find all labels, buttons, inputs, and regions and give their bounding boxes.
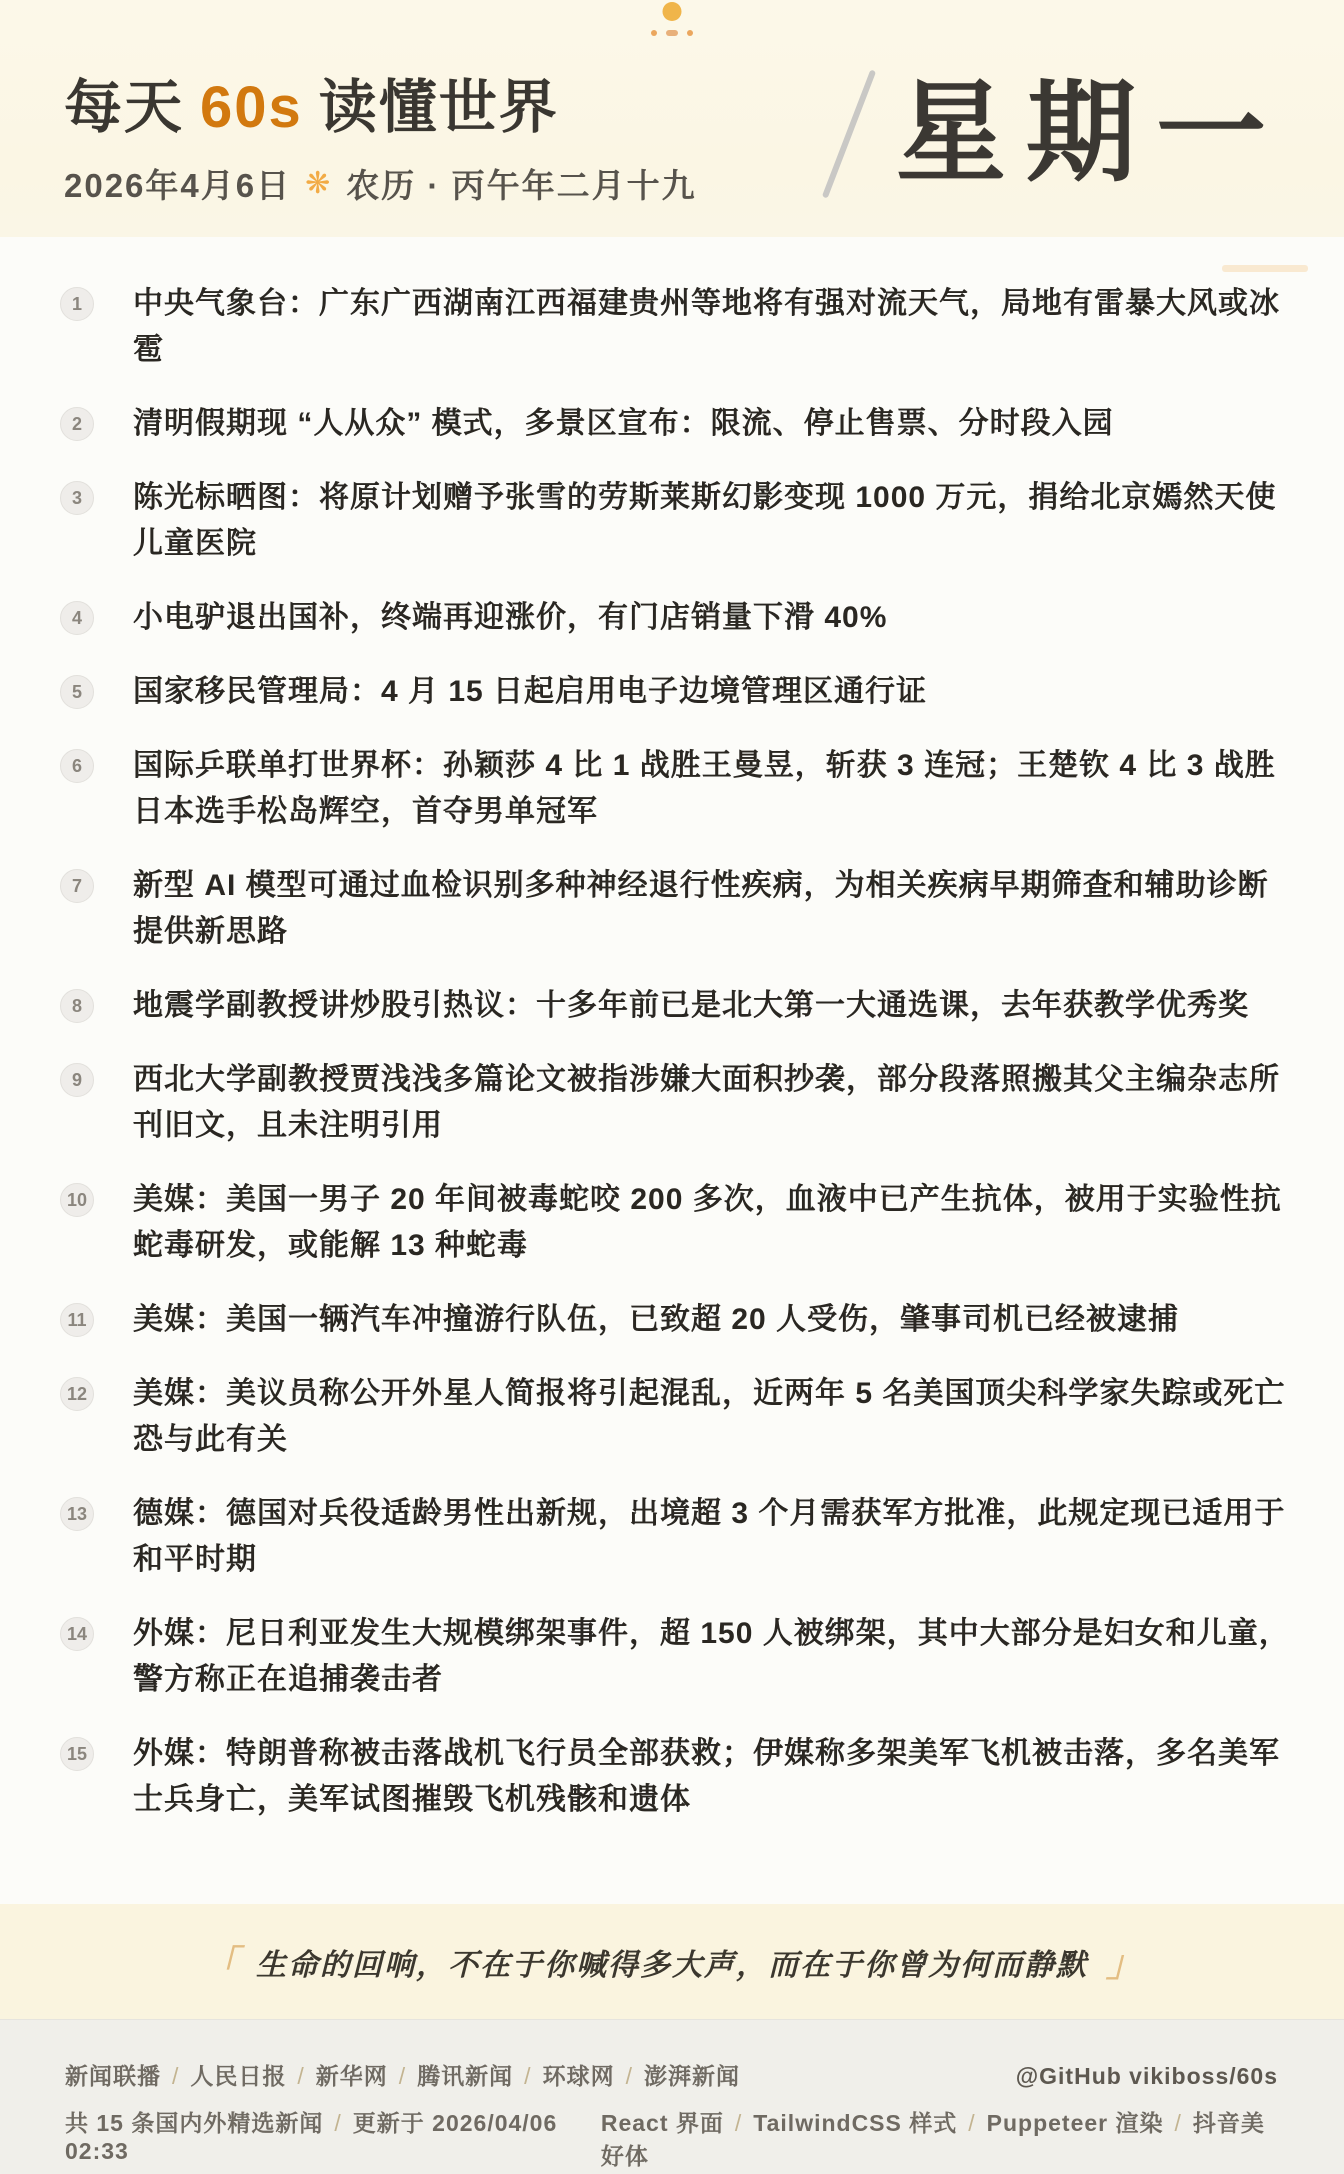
footer-text-segment: React 界面 — [601, 2110, 724, 2136]
slash-separator: / — [524, 2063, 531, 2089]
news-text: 外媒：特朗普称被击落战机飞行员全部获救；伊媒称多架美军飞机被击落，多名美军士兵身… — [133, 1731, 1299, 1823]
news-sources: 新闻联播/人民日报/新华网/腾讯新闻/环球网/澎湃新闻 — [65, 2058, 740, 2091]
news-item: 7 新型 AI 模型可通过血检识别多种神经退行性疾病，为相关疾病早期筛查和辅助诊… — [60, 863, 1299, 955]
news-item: 8 地震学副教授讲炒股引热议：十多年前已是北大第一大通选课，去年获教学优秀奖 — [60, 983, 1299, 1029]
news-text: 小电驴退出国补，终端再迎涨价，有门店销量下滑 40% — [133, 595, 887, 641]
github-credit: @GitHub vikiboss/60s — [1016, 2063, 1278, 2090]
footer-meta: 共 15 条国内外精选新闻/更新于 2026/04/06 02:33 — [65, 2105, 601, 2165]
item-number-badge: 8 — [60, 989, 94, 1023]
news-item: 9 西北大学副教授贾浅浅多篇论文被指涉嫌大面积抄袭，部分段落照搬其父主编杂志所刊… — [60, 1057, 1299, 1149]
slash-separator: / — [735, 2110, 742, 2136]
slash-separator: / — [334, 2110, 341, 2136]
title-suffix: 读懂世界 — [319, 60, 559, 144]
weekday-label: 星期一 — [896, 79, 1286, 189]
news-text: 美媒：美国一男子 20 年间被毒蛇咬 200 多次，血液中已产生抗体，被用于实验… — [133, 1177, 1299, 1269]
page: 每天 60s 读懂世界 2026年4月6日 ❋ 农历 · 丙午年二月十九 星期一… — [0, 0, 1344, 2174]
ornament-dot — [666, 30, 678, 36]
item-number-badge: 6 — [60, 749, 94, 783]
footer-text-segment: 澎湃新闻 — [644, 2063, 740, 2089]
item-number-badge: 12 — [60, 1377, 94, 1411]
date-row: 2026年4月6日 ❋ 农历 · 丙午年二月十九 — [64, 160, 697, 207]
news-item: 3 陈光标晒图：将原计划赠予张雪的劳斯莱斯幻影变现 1000 万元，捐给北京嫣然… — [60, 475, 1299, 567]
item-number-badge: 3 — [60, 481, 94, 515]
header: 每天 60s 读懂世界 2026年4月6日 ❋ 农历 · 丙午年二月十九 星期一 — [0, 0, 1344, 237]
ornament-dot — [651, 30, 657, 36]
header-right: 星期一 — [846, 66, 1292, 202]
news-item: 2 清明假期现 “人从众” 模式，多景区宣布：限流、停止售票、分时段入园 — [60, 401, 1299, 447]
item-number-badge: 13 — [60, 1497, 94, 1531]
slash-separator: / — [1175, 2110, 1182, 2136]
quote-close-bracket: 」 — [1106, 1936, 1142, 1987]
slash-separator: / — [968, 2110, 975, 2136]
header-left: 每天 60s 读懂世界 2026年4月6日 ❋ 农历 · 丙午年二月十九 — [64, 60, 697, 207]
footer-text-segment: 新华网 — [316, 2063, 388, 2089]
item-number-badge: 15 — [60, 1737, 94, 1771]
news-item: 11 美媒：美国一辆汽车冲撞游行队伍，已致超 20 人受伤，肇事司机已经被逮捕 — [60, 1297, 1299, 1343]
footer-row-1: 新闻联播/人民日报/新华网/腾讯新闻/环球网/澎湃新闻 @GitHub viki… — [65, 2058, 1278, 2091]
footer-text-segment: 环球网 — [543, 2063, 615, 2089]
news-text: 外媒：尼日利亚发生大规模绑架事件，超 150 人被绑架，其中大部分是妇女和儿童，… — [133, 1611, 1299, 1703]
news-text: 美媒：美议员称公开外星人简报将引起混乱，近两年 5 名美国顶尖科学家失踪或死亡恐… — [133, 1371, 1299, 1463]
slash-divider — [822, 69, 876, 198]
title-prefix: 每天 — [64, 60, 184, 144]
lunar-date: 农历 · 丙午年二月十九 — [346, 160, 696, 207]
news-text: 新型 AI 模型可通过血检识别多种神经退行性疾病，为相关疾病早期筛查和辅助诊断提… — [133, 863, 1299, 955]
item-number-badge: 1 — [60, 287, 94, 321]
footer-text-segment: 新闻联播 — [65, 2063, 161, 2089]
news-item: 6 国际乒联单打世界杯：孙颖莎 4 比 1 战胜王曼昱，斩获 3 连冠；王楚钦 … — [60, 743, 1299, 835]
slash-separator: / — [626, 2063, 633, 2089]
news-text: 中央气象台：广东广西湖南江西福建贵州等地将有强对流天气，局地有雷暴大风或冰雹 — [133, 281, 1299, 373]
news-item: 10 美媒：美国一男子 20 年间被毒蛇咬 200 多次，血液中已产生抗体，被用… — [60, 1177, 1299, 1269]
gregorian-date: 2026年4月6日 — [64, 160, 291, 207]
footer-row-2: 共 15 条国内外精选新闻/更新于 2026/04/06 02:33 React… — [65, 2105, 1278, 2171]
item-number-badge: 4 — [60, 601, 94, 635]
news-text: 陈光标晒图：将原计划赠予张雪的劳斯莱斯幻影变现 1000 万元，捐给北京嫣然天使… — [133, 475, 1299, 567]
news-item: 15 外媒：特朗普称被击落战机飞行员全部获救；伊媒称多架美军飞机被击落，多名美军… — [60, 1731, 1299, 1823]
news-text: 美媒：美国一辆汽车冲撞游行队伍，已致超 20 人受伤，肇事司机已经被逮捕 — [133, 1297, 1179, 1343]
news-text: 西北大学副教授贾浅浅多篇论文被指涉嫌大面积抄袭，部分段落照搬其父主编杂志所刊旧文… — [133, 1057, 1299, 1149]
ornament-dots — [651, 30, 693, 36]
faint-watermark — [1222, 265, 1308, 272]
news-list: 1 中央气象台：广东广西湖南江西福建贵州等地将有强对流天气，局地有雷暴大风或冰雹… — [0, 237, 1344, 1904]
item-number-badge: 10 — [60, 1183, 94, 1217]
item-number-badge: 5 — [60, 675, 94, 709]
item-number-badge: 9 — [60, 1063, 94, 1097]
footer: 新闻联播/人民日报/新华网/腾讯新闻/环球网/澎湃新闻 @GitHub viki… — [0, 2019, 1344, 2174]
footer-text-segment: TailwindCSS 样式 — [753, 2110, 957, 2136]
item-number-badge: 2 — [60, 407, 94, 441]
ornament-circle-icon — [663, 2, 682, 21]
news-text: 清明假期现 “人从众” 模式，多景区宣布：限流、停止售票、分时段入园 — [133, 401, 1114, 447]
news-text: 地震学副教授讲炒股引热议：十多年前已是北大第一大通选课，去年获教学优秀奖 — [133, 983, 1249, 1029]
title-60s-highlight: 60s — [200, 74, 303, 141]
news-text: 国家移民管理局：4 月 15 日起启用电子边境管理区通行证 — [133, 669, 927, 715]
tech-stack: React 界面/TailwindCSS 样式/Puppeteer 渲染/抖音美… — [601, 2105, 1278, 2171]
news-item: 5 国家移民管理局：4 月 15 日起启用电子边境管理区通行证 — [60, 669, 1299, 715]
quote-text: 生命的回响，不在于你喊得多大声，而在于你曾为何而静默 — [256, 1940, 1088, 1984]
news-item: 1 中央气象台：广东广西湖南江西福建贵州等地将有强对流天气，局地有雷暴大风或冰雹 — [60, 281, 1299, 373]
slash-separator: / — [297, 2063, 304, 2089]
news-item: 12 美媒：美议员称公开外星人简报将引起混乱，近两年 5 名美国顶尖科学家失踪或… — [60, 1371, 1299, 1463]
slash-separator: / — [399, 2063, 406, 2089]
footer-text-segment: Puppeteer 渲染 — [987, 2110, 1164, 2136]
news-item: 13 德媒：德国对兵役适龄男性出新规，出境超 3 个月需获军方批准，此规定现已适… — [60, 1491, 1299, 1583]
item-number-badge: 7 — [60, 869, 94, 903]
asterisk-icon: ❋ — [305, 166, 332, 201]
item-number-badge: 11 — [60, 1303, 94, 1337]
news-item: 14 外媒：尼日利亚发生大规模绑架事件，超 150 人被绑架，其中大部分是妇女和… — [60, 1611, 1299, 1703]
slash-separator: / — [172, 2063, 179, 2089]
quote-open-bracket: 「 — [202, 1936, 238, 1987]
page-title: 每天 60s 读懂世界 — [64, 60, 697, 144]
quote-section: 「 生命的回响，不在于你喊得多大声，而在于你曾为何而静默 」 — [0, 1904, 1344, 2019]
item-number-badge: 14 — [60, 1617, 94, 1651]
footer-text-segment: 人民日报 — [190, 2063, 286, 2089]
footer-text-segment: 共 15 条国内外精选新闻 — [65, 2110, 323, 2136]
news-text: 德媒：德国对兵役适龄男性出新规，出境超 3 个月需获军方批准，此规定现已适用于和… — [133, 1491, 1299, 1583]
news-text: 国际乒联单打世界杯：孙颖莎 4 比 1 战胜王曼昱，斩获 3 连冠；王楚钦 4 … — [133, 743, 1299, 835]
news-item: 4 小电驴退出国补，终端再迎涨价，有门店销量下滑 40% — [60, 595, 1299, 641]
ornament-dot — [687, 30, 693, 36]
footer-text-segment: 腾讯新闻 — [417, 2063, 513, 2089]
